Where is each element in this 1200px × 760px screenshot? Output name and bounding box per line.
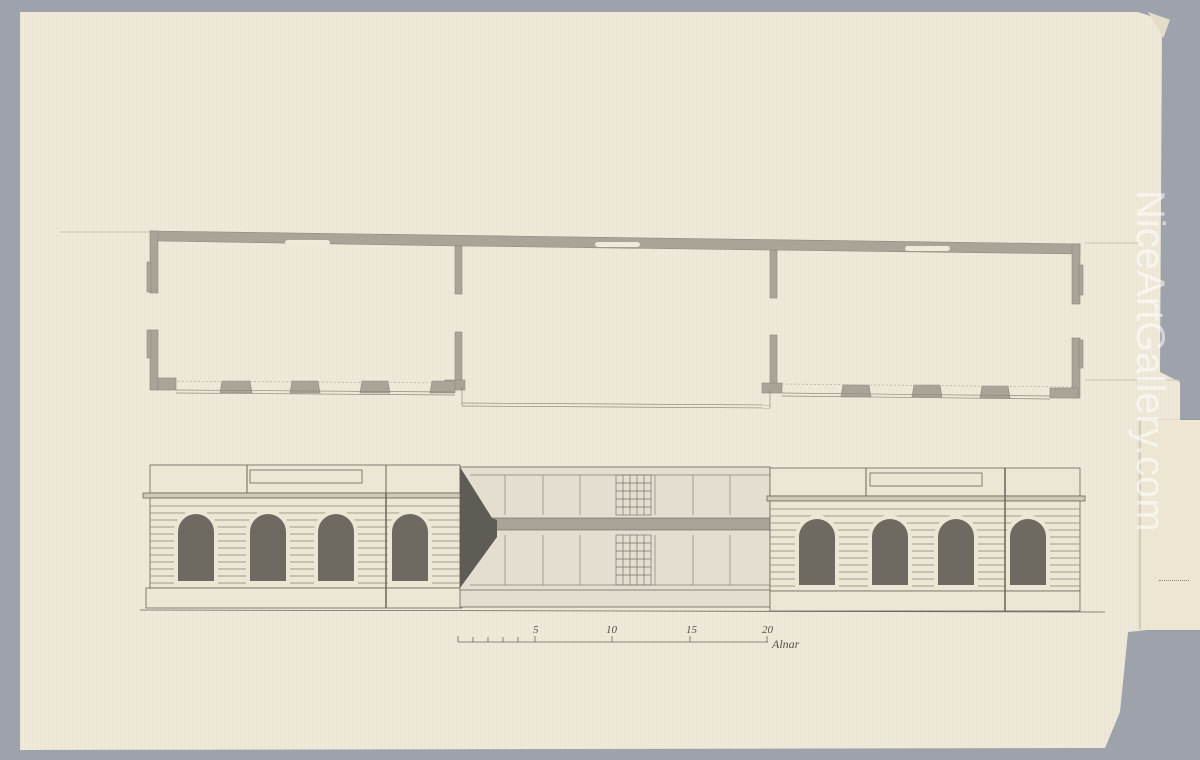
floor-plan: [147, 231, 1083, 398]
scale-tick-10: 10: [606, 624, 617, 636]
scale-unit-label: Alnar: [772, 637, 799, 652]
scale-bar: [458, 636, 768, 642]
architectural-drawing: [0, 0, 1200, 760]
scale-tick-15: 15: [686, 624, 697, 636]
scale-tick-5: 5: [533, 624, 539, 636]
watermark: NiceArtGallery.com: [1120, 190, 1180, 580]
front-elevation: [140, 465, 1105, 612]
scale-tick-20: 20: [762, 624, 773, 636]
